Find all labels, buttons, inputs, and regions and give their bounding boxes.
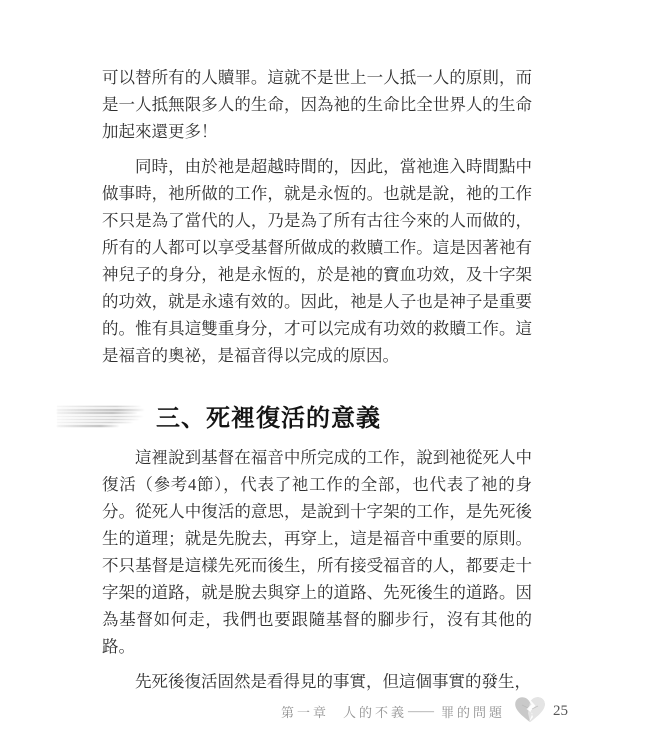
- footer-dash: ——: [408, 703, 434, 719]
- book-page: 可以替所有的人贖罪。這就不是世上一人抵一人的原則，而是一人抵無限多人的生命，因為…: [0, 0, 650, 750]
- paragraph: 先死後復活固然是看得見的事實，但這個事實的發生，: [102, 668, 532, 695]
- page-footer: 第一章 人的不義 —— 罪的問題 25: [281, 698, 568, 724]
- footer-chapter-label: 第一章: [281, 702, 329, 721]
- paragraph: 同時，由於祂是超越時間的，因此，當祂進入時間點中做事時，祂所做的工作，就是永恆的…: [102, 153, 532, 369]
- broken-heart-icon: [514, 696, 546, 727]
- section-heading: 三、死裡復活的意義: [156, 403, 532, 436]
- paragraph: 這裡說到基督在福音中所完成的工作，說到祂從死人中復活（參考4節），代表了祂工作的…: [102, 444, 532, 660]
- footer-section-title: 人的不義: [343, 702, 407, 721]
- footer-topic-title: 罪的問題: [441, 702, 505, 721]
- paragraph: 可以替所有的人贖罪。這就不是世上一人抵一人的原則，而是一人抵無限多人的生命，因為…: [102, 64, 532, 145]
- page-number: 25: [553, 703, 568, 720]
- body-text: 可以替所有的人贖罪。這就不是世上一人抵一人的原則，而是一人抵無限多人的生命，因為…: [102, 64, 532, 695]
